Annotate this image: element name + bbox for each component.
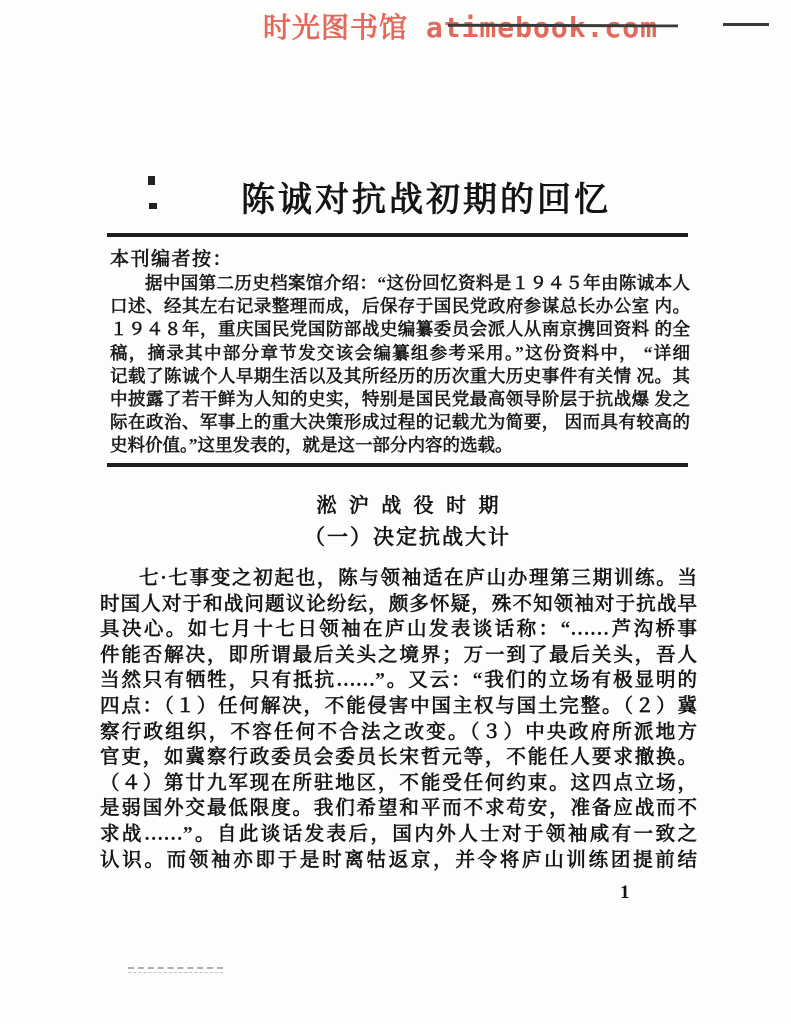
body-text-line: 四点：（１）任何解决，不能侵害中国主权与国土完整。（２）冀: [100, 694, 697, 720]
editor-note-line: 口述、经其左右记录整理而成，后保存于国民党政府参谋总长办公室 内。: [110, 295, 690, 318]
body-text-line: （４）第廿九军现在所驻地区，不能受任何约束。这四点立场，: [100, 771, 697, 797]
body-text-line: 察行政组织，不容任何不合法之改变。（３）中央政府所派地方: [100, 720, 697, 746]
editor-note-line: 中披露了若干鲜为人知的史实，特别是国民党最高领导阶层于抗战爆 发之: [110, 388, 690, 411]
body-text-line: 认识。而领袖亦即于是时离牯返京，并令将庐山训练团提前结: [100, 848, 697, 874]
body-text-line: 七·七事变之初起也，陈与领袖适在庐山办理第三期训练。当: [100, 566, 697, 592]
watermark-text: 时光图书馆 atimebook.com: [263, 11, 658, 44]
article-body: 七·七事变之初起也，陈与领袖适在庐山办理第三期训练。当时国人对于和战问题议论纷纭…: [100, 566, 697, 873]
editor-note-line: 史料价值。”这里发表的，就是这一部分内容的选载。: [110, 434, 690, 457]
editor-note-line: １９４８年，重庆国民党国防部战史编纂委员会派人从南京携回资料 的全: [110, 318, 690, 341]
body-text-line: 时国人对于和战问题议论纷纭，颇多怀疑，殊不知领袖对于抗战早: [100, 592, 697, 618]
editor-note-line: 稿，摘录其中部分章节发交该会编纂组参考采用。”这份资料中， “详细: [110, 342, 690, 365]
scan-artifact-dash: [723, 23, 769, 26]
article-title: 陈诚对抗战初期的回忆: [100, 172, 697, 221]
editor-note-text: 据中国第二历史档案馆介绍：“这份回忆资料是１９４５年由陈诚本人口述、经其左右记录…: [110, 272, 690, 458]
body-text-line: 求战……”。自此谈话发表后，国内外人士对于领袖咸有一致之: [100, 822, 697, 848]
body-text-line: 具决心。如七月十七日领袖在庐山发表谈话称：“……芦沟桥事: [100, 617, 697, 643]
page-number: 1: [620, 882, 630, 904]
scan-artifact-dashes: [128, 967, 223, 973]
divider-bottom: [107, 463, 688, 467]
body-text-line: 件能否解决，即所谓最后关头之境界；万一到了最后关头，吾人: [100, 643, 697, 669]
editor-note-line: 记载了陈诚个人早期生活以及其所经历的历次重大历史事件有关情 况。其: [110, 365, 690, 388]
divider-top: [107, 233, 688, 237]
editor-note-line: 据中国第二历史档案馆介绍：“这份回忆资料是１９４５年由陈诚本人: [110, 272, 690, 295]
scanned-book-page: 时光图书馆 atimebook.com 陈诚对抗战初期的回忆 本刊编者按： 据中…: [0, 0, 791, 1024]
editor-note-label: 本刊编者按：: [110, 248, 690, 272]
body-text-line: 官吏，如冀察行政委员会委员长宋哲元等，不能任人要求撤换。: [100, 745, 697, 771]
body-text-line: 当然只有牺牲，只有抵抗……”。又云：“我们的立场有极显明的: [100, 668, 697, 694]
editor-note-line: 际在政治、军事上的重大决策形成过程的记载尤为简要， 因而具有较高的: [110, 411, 690, 434]
editor-note: 本刊编者按： 据中国第二历史档案馆介绍：“这份回忆资料是１９４５年由陈诚本人口述…: [110, 248, 690, 458]
scan-artifact-strike-line: [448, 24, 678, 28]
section-heading: 淞沪战役时期: [100, 489, 697, 518]
subsection-heading: （一）决定抗战大计: [100, 521, 697, 551]
body-text-line: 是弱国外交最低限度。我们希望和平而不求苟安，准备应战而不: [100, 796, 697, 822]
